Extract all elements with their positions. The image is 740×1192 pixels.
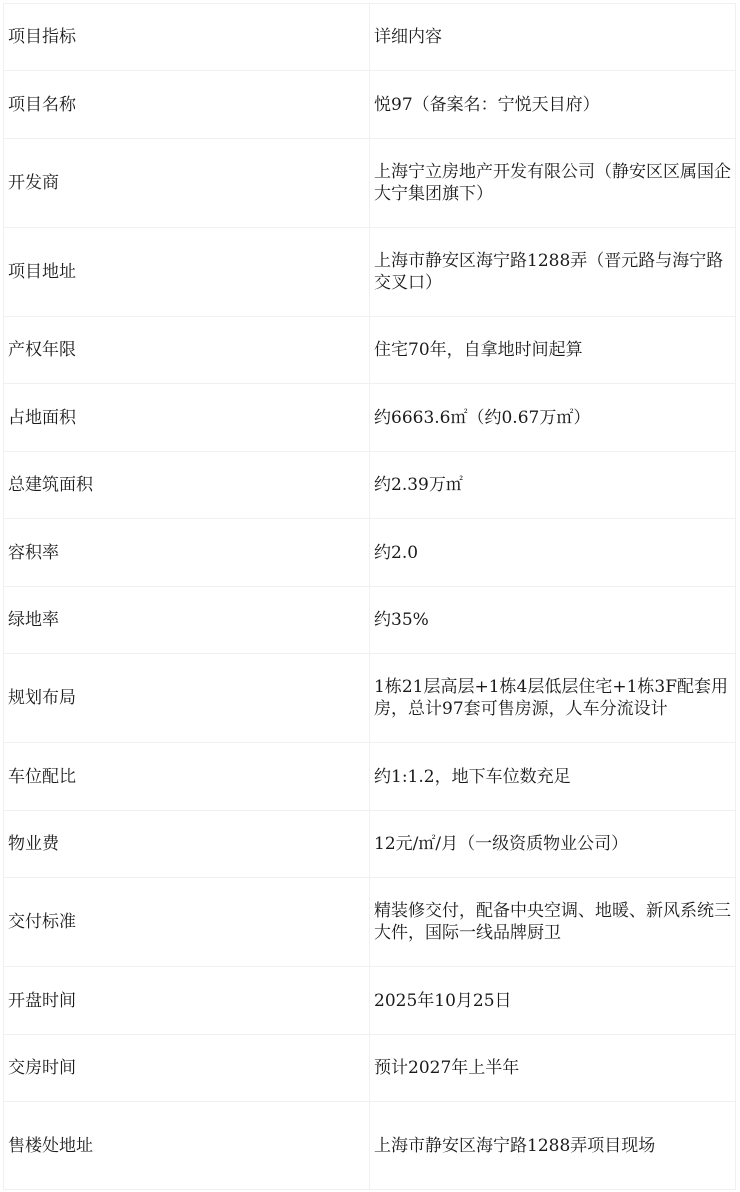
row-key-cell: 规划布局: [4, 654, 370, 743]
row-key-cell: 开发商: [4, 139, 370, 228]
row-value-cell: 2025年10月25日: [370, 967, 736, 1035]
row-key-cell: 售楼处地址: [4, 1102, 370, 1190]
table-row: 车位配比约1:1.2，地下车位数充足: [4, 743, 736, 811]
row-value-cell: 上海市静安区海宁路1288弄（晋元路与海宁路交叉口）: [370, 228, 736, 317]
row-key-cell: 占地面积: [4, 384, 370, 452]
row-value-cell: 住宅70年，自拿地时间起算: [370, 317, 736, 384]
row-value-cell: 1栋21层高层+1栋4层低层住宅+1栋3F配套用房，总计97套可售房源，人车分流…: [370, 654, 736, 743]
row-key-cell: 项目地址: [4, 228, 370, 317]
table-header-row: 项目指标 详细内容: [4, 4, 736, 71]
project-info-table: 项目指标 详细内容 项目名称悦97（备案名：宁悦天目府）开发商上海宁立房地产开发…: [3, 3, 736, 1190]
row-value-cell: 约1:1.2，地下车位数充足: [370, 743, 736, 811]
table-row: 容积率约2.0: [4, 519, 736, 587]
row-key-cell: 绿地率: [4, 587, 370, 654]
table-row: 开发商上海宁立房地产开发有限公司（静安区区属国企大宁集团旗下）: [4, 139, 736, 228]
table-row: 物业费12元/㎡/月（一级资质物业公司）: [4, 811, 736, 878]
row-value-cell: 约2.39万㎡: [370, 452, 736, 519]
row-key-cell: 交付标准: [4, 878, 370, 967]
row-key-cell: 交房时间: [4, 1035, 370, 1102]
row-key-cell: 项目名称: [4, 71, 370, 139]
row-value-cell: 12元/㎡/月（一级资质物业公司）: [370, 811, 736, 878]
table-row: 项目名称悦97（备案名：宁悦天目府）: [4, 71, 736, 139]
header-key-cell: 项目指标: [4, 4, 370, 71]
row-value-cell: 精装修交付，配备中央空调、地暖、新风系统三大件，国际一线品牌厨卫: [370, 878, 736, 967]
table-row: 交房时间预计2027年上半年: [4, 1035, 736, 1102]
row-value-cell: 约2.0: [370, 519, 736, 587]
row-value-cell: 上海宁立房地产开发有限公司（静安区区属国企大宁集团旗下）: [370, 139, 736, 228]
table-row: 总建筑面积约2.39万㎡: [4, 452, 736, 519]
header-value-cell: 详细内容: [370, 4, 736, 71]
row-value-cell: 悦97（备案名：宁悦天目府）: [370, 71, 736, 139]
table-row: 项目地址上海市静安区海宁路1288弄（晋元路与海宁路交叉口）: [4, 228, 736, 317]
row-key-cell: 物业费: [4, 811, 370, 878]
table-row: 产权年限住宅70年，自拿地时间起算: [4, 317, 736, 384]
row-value-cell: 约35%: [370, 587, 736, 654]
table-row: 绿地率约35%: [4, 587, 736, 654]
row-key-cell: 容积率: [4, 519, 370, 587]
table-row: 占地面积约6663.6㎡（约0.67万㎡）: [4, 384, 736, 452]
row-value-cell: 约6663.6㎡（约0.67万㎡）: [370, 384, 736, 452]
row-value-cell: 上海市静安区海宁路1288弄项目现场: [370, 1102, 736, 1190]
row-value-cell: 预计2027年上半年: [370, 1035, 736, 1102]
table-row: 交付标准精装修交付，配备中央空调、地暖、新风系统三大件，国际一线品牌厨卫: [4, 878, 736, 967]
table-row: 售楼处地址上海市静安区海宁路1288弄项目现场: [4, 1102, 736, 1190]
table-row: 开盘时间2025年10月25日: [4, 967, 736, 1035]
row-key-cell: 总建筑面积: [4, 452, 370, 519]
row-key-cell: 车位配比: [4, 743, 370, 811]
row-key-cell: 开盘时间: [4, 967, 370, 1035]
row-key-cell: 产权年限: [4, 317, 370, 384]
table-row: 规划布局1栋21层高层+1栋4层低层住宅+1栋3F配套用房，总计97套可售房源，…: [4, 654, 736, 743]
